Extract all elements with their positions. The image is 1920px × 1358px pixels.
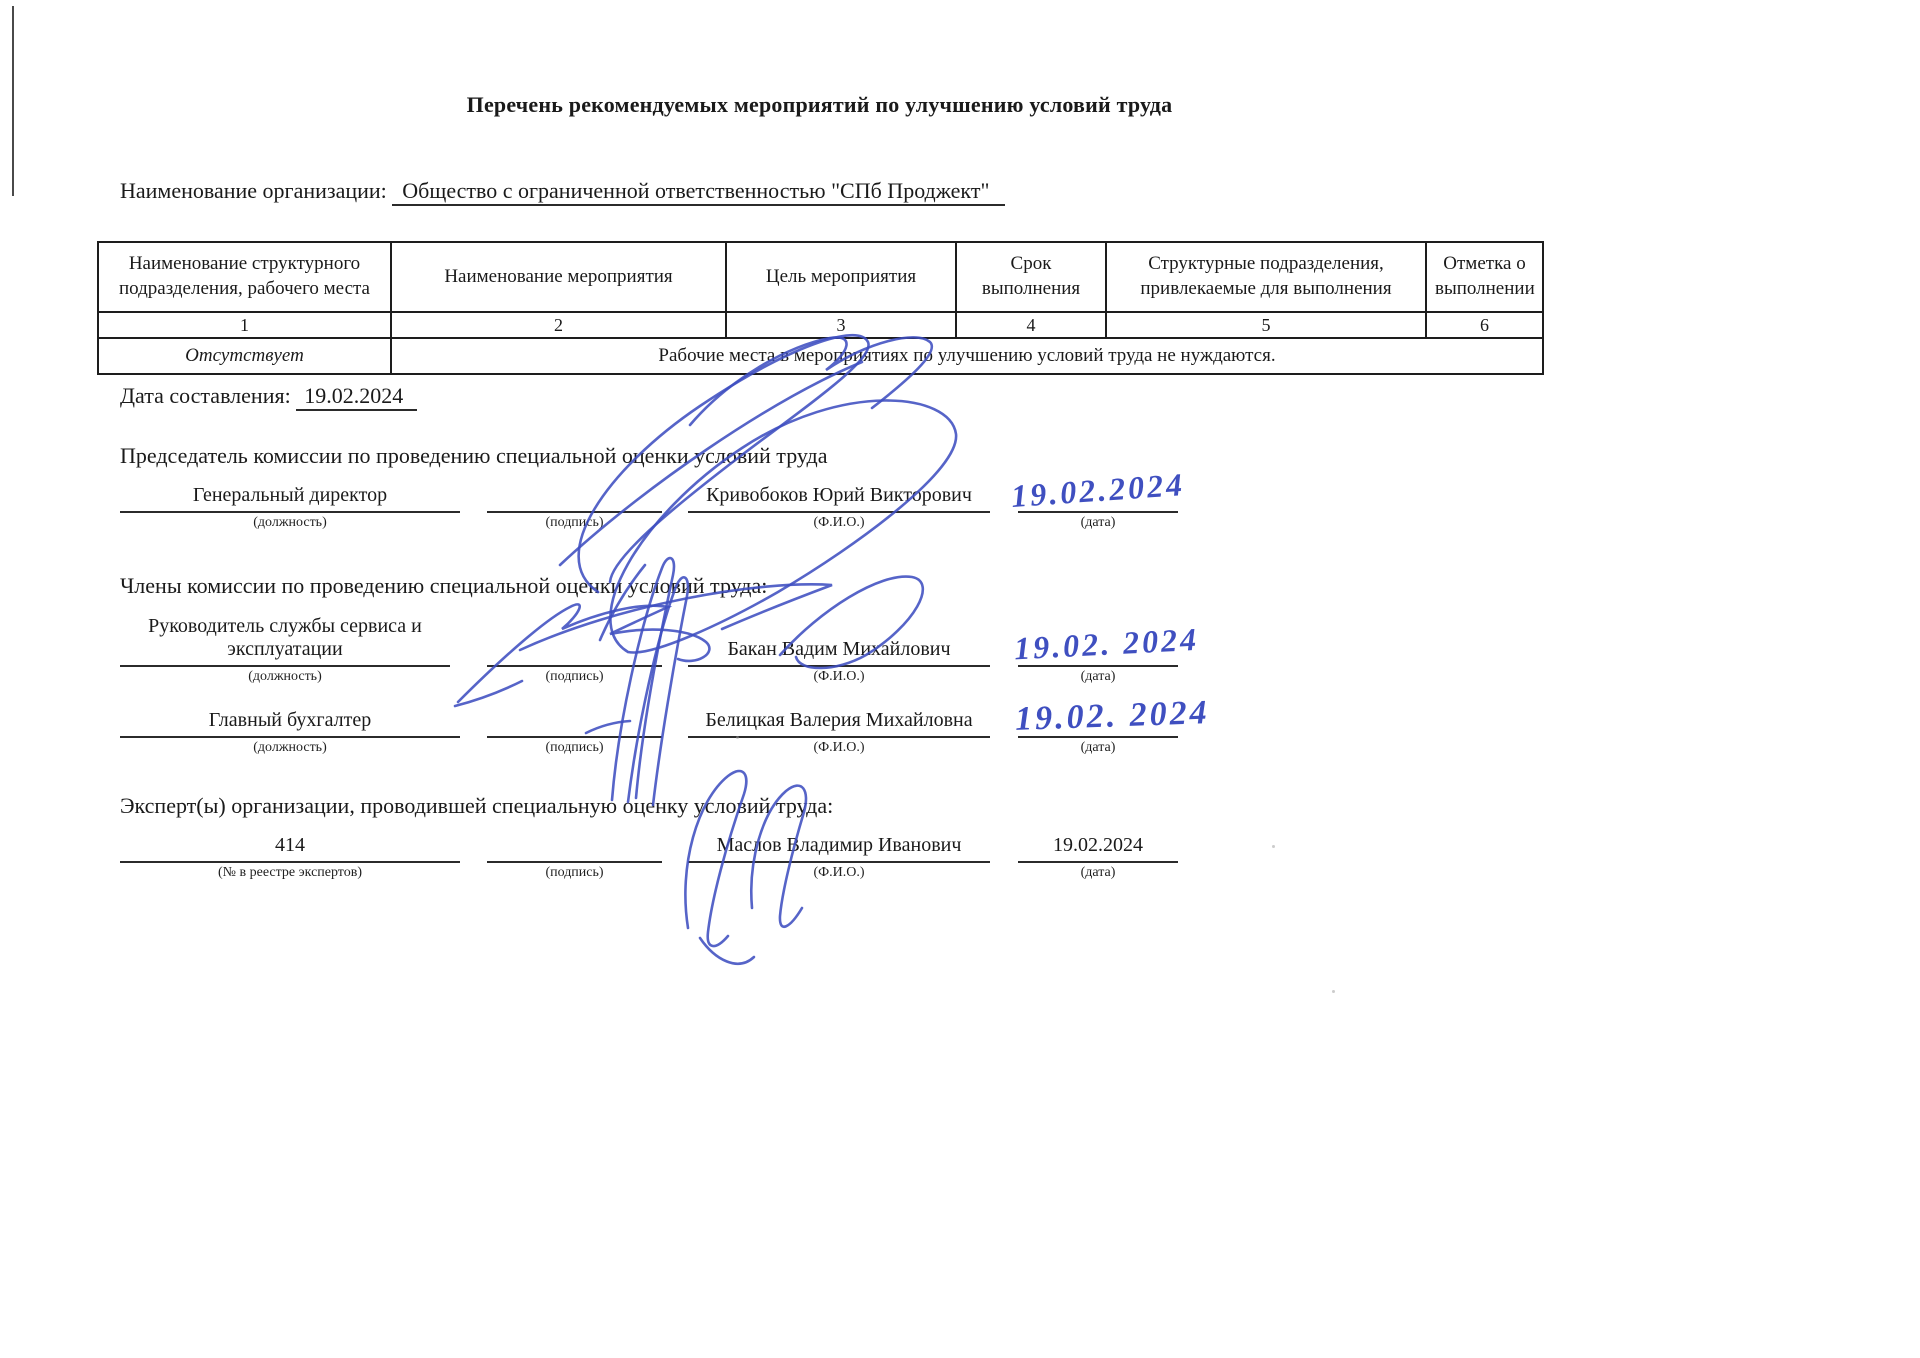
chairman-name-field: Кривобоков Юрий Викторович (Ф.И.О.)	[688, 472, 990, 531]
scan-speck	[1272, 845, 1275, 848]
note-cell: Рабочие места в мероприятиях по улучшени…	[391, 338, 1543, 374]
table-header-row: Наименование структурного подразделения,…	[98, 242, 1543, 312]
member2-position-field: Главный бухгалтер (должность)	[120, 697, 460, 756]
experts-heading: Эксперт(ы) организации, проводившей спец…	[120, 793, 833, 819]
expert-name-field: Маслов Владимир Иванович (Ф.И.О.)	[688, 822, 990, 881]
chairman-date-field: 19.02.2024 (дата)	[1018, 472, 1178, 531]
department-cell: Отсутствует	[98, 338, 391, 374]
chairman-date-line: 19.02.2024	[1018, 472, 1178, 513]
scan-speck	[736, 736, 739, 739]
name-sublabel: (Ф.И.О.)	[688, 667, 990, 685]
scan-speck	[1332, 990, 1335, 993]
date-line-label: Дата составления:	[120, 383, 291, 408]
measures-table: Наименование структурного подразделения,…	[97, 241, 1544, 375]
expert-registry-number: 414	[120, 822, 460, 863]
signature-sublabel: (подпись)	[487, 667, 662, 685]
name-sublabel: (Ф.И.О.)	[688, 738, 990, 756]
member1-handwritten-date: 19.02. 2024	[1013, 621, 1200, 668]
date-sublabel: (дата)	[1018, 738, 1178, 756]
date-line: Дата составления: 19.02.2024	[120, 383, 417, 409]
header-purpose: Цель мероприятия	[726, 242, 956, 312]
date-sublabel: (дата)	[1018, 513, 1178, 531]
registry-sublabel: (№ в реестре экспертов)	[120, 863, 460, 881]
signature-sublabel: (подпись)	[487, 513, 662, 531]
chairman-signature-line	[487, 472, 662, 513]
position-sublabel: (должность)	[120, 513, 460, 531]
member2-position: Главный бухгалтер	[120, 697, 460, 738]
expert-date-field: 19.02.2024 (дата)	[1018, 822, 1178, 881]
column-number: 6	[1426, 312, 1543, 338]
member2-signature-field: (подпись)	[487, 697, 662, 756]
column-numbers-row: 1 2 3 4 5 6	[98, 312, 1543, 338]
chairman-position-field: Генеральный директор (должность)	[120, 472, 460, 531]
member1-date-line: 19.02. 2024	[1018, 600, 1178, 667]
header-department: Наименование структурного подразделения,…	[98, 242, 391, 312]
organization-label: Наименование организации:	[120, 178, 387, 203]
signature-sublabel: (подпись)	[487, 863, 662, 881]
position-sublabel: (должность)	[120, 738, 460, 756]
scanned-document-page: Перечень рекомендуемых мероприятий по ул…	[0, 0, 1920, 1358]
name-sublabel: (Ф.И.О.)	[688, 513, 990, 531]
members-heading: Члены комиссии по проведению специальной…	[120, 573, 767, 599]
expert-date: 19.02.2024	[1018, 822, 1178, 863]
header-involved-units: Структурные подразделения, привлекаемые …	[1106, 242, 1426, 312]
header-deadline: Срок выполнения	[956, 242, 1106, 312]
member2-name: Белицкая Валерия Михайловна	[688, 697, 990, 738]
expert-signature-field: (подпись)	[487, 822, 662, 881]
date-sublabel: (дата)	[1018, 863, 1178, 881]
chairman-signature-field: (подпись)	[487, 472, 662, 531]
organization-line: Наименование организации: Общество с огр…	[120, 178, 1005, 204]
header-completion-mark: Отметка о выполнении	[1426, 242, 1543, 312]
member1-name-field: Бакан Вадим Михайлович (Ф.И.О.)	[688, 600, 990, 685]
chairman-handwritten-date: 19.02.2024	[1010, 466, 1186, 516]
name-sublabel: (Ф.И.О.)	[688, 863, 990, 881]
member2-date-field: 19.02. 2024 (дата)	[1018, 697, 1178, 756]
column-number: 4	[956, 312, 1106, 338]
member2-name-field: Белицкая Валерия Михайловна (Ф.И.О.)	[688, 697, 990, 756]
table-row: Отсутствует Рабочие места в мероприятиях…	[98, 338, 1543, 374]
document-title: Перечень рекомендуемых мероприятий по ул…	[97, 92, 1542, 118]
expert-signature-line	[487, 822, 662, 863]
member1-date-field: 19.02. 2024 (дата)	[1018, 600, 1178, 685]
column-number: 2	[391, 312, 726, 338]
chairman-name: Кривобоков Юрий Викторович	[688, 472, 990, 513]
expert-name: Маслов Владимир Иванович	[688, 822, 990, 863]
member1-signature-field: (подпись)	[487, 600, 662, 685]
member1-name: Бакан Вадим Михайлович	[688, 600, 990, 667]
member2-date-line: 19.02. 2024	[1018, 697, 1178, 738]
member2-signature-line	[487, 697, 662, 738]
header-measure: Наименование мероприятия	[391, 242, 726, 312]
organization-value: Общество с ограниченной ответственностью…	[392, 178, 1005, 206]
chairman-position: Генеральный директор	[120, 472, 460, 513]
member1-position-field: Руководитель службы сервиса и эксплуатац…	[120, 600, 450, 685]
scan-artifact-line	[12, 6, 14, 196]
column-number: 1	[98, 312, 391, 338]
column-number: 3	[726, 312, 956, 338]
member1-signature-line	[487, 600, 662, 667]
date-line-value: 19.02.2024	[296, 383, 417, 411]
chairman-heading: Председатель комиссии по проведению спец…	[120, 443, 827, 469]
signature-sublabel: (подпись)	[487, 738, 662, 756]
member2-handwritten-date: 19.02. 2024	[1014, 693, 1210, 740]
position-sublabel: (должность)	[120, 667, 450, 685]
date-sublabel: (дата)	[1018, 667, 1178, 685]
column-number: 5	[1106, 312, 1426, 338]
member1-position: Руководитель службы сервиса и эксплуатац…	[120, 600, 450, 667]
expert-registry-field: 414 (№ в реестре экспертов)	[120, 822, 460, 881]
